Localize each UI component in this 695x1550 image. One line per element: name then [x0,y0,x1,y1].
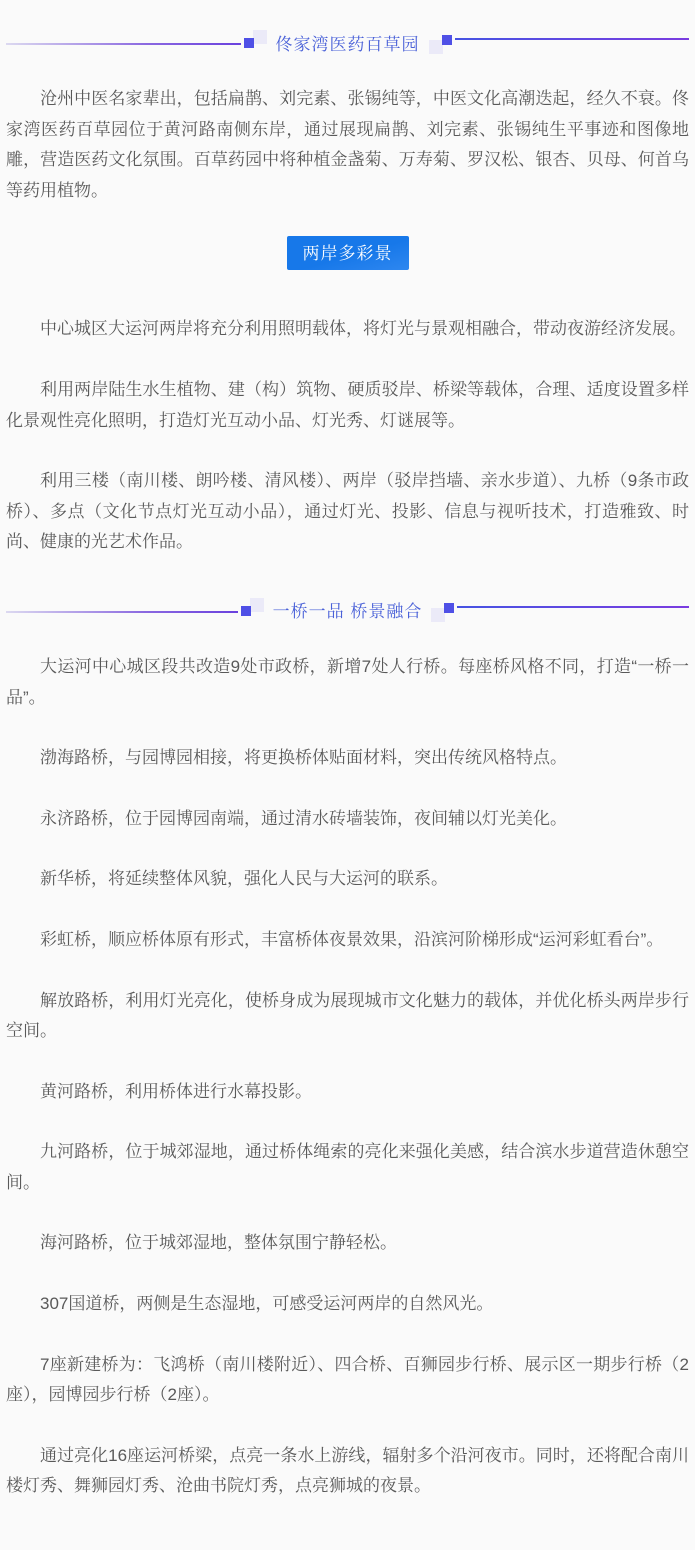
heading-squares-decoration-right [431,598,457,622]
paragraph-bridges-overview: 大运河中心城区段共改造9处市政桥，新增7处人行桥。每座桥风格不同，打造“一桥一品… [6,652,689,713]
paragraph-medicine-garden-intro: 沧州中医名家辈出，包括扁鹊、刘完素、张锡纯等，中医文化高潮迭起，经久不衰。佟家湾… [6,84,689,206]
heading-squares-decoration-left [238,598,264,622]
section-heading-bridges: 一桥一品 桥景融合 [6,598,689,622]
heading-line-left [6,611,238,613]
heading-squares-decoration-left [241,30,267,54]
square-light-icon [431,608,445,622]
square-solid-icon [444,603,454,613]
paragraph-three-towers: 利用三楼（南川楼、朗吟楼、清风楼）、两岸（驳岸挡墙、亲水步道）、九桥（9条市政桥… [6,466,689,558]
square-solid-icon [244,38,254,48]
square-light-icon [429,40,443,54]
section-heading-medicine-garden: 佟家湾医药百草园 [6,30,689,54]
square-solid-icon [442,35,452,45]
heading-line-right [455,38,690,40]
paragraph-new-bridges: 7座新建桥为：飞鸿桥（南川楼附近）、四合桥、百狮园步行桥、展示区一期步行桥（2座… [6,1350,689,1411]
section-colorful-banks: 两岸多彩景 中心城区大运河两岸将充分利用照明载体，将灯光与景观相融合，带动夜游经… [6,236,689,558]
section-bridges: 一桥一品 桥景融合 大运河中心城区段共改造9处市政桥，新增7处人行桥。每座桥风格… [6,598,689,1502]
square-light-icon [253,30,267,44]
paragraph-g307-bridge: 307国道桥，两侧是生态湿地，可感受运河两岸的自然风光。 [6,1289,689,1320]
square-light-icon [250,598,264,612]
paragraph-lighting-carriers: 利用两岸陆生水生植物、建（构）筑物、硬质驳岸、桥梁等载体，合理、适度设置多样化景… [6,375,689,436]
square-solid-icon [241,606,251,616]
paragraph-xinhua-bridge: 新华桥，将延续整体风貌，强化人民与大运河的联系。 [6,864,689,895]
paragraph-rainbow-bridge: 彩虹桥，顺应桥体原有形式，丰富桥体夜景效果，沿滨河阶梯形成“运河彩虹看台”。 [6,925,689,956]
paragraph-night-economy: 中心城区大运河两岸将充分利用照明载体，将灯光与景观相融合，带动夜游经济发展。 [6,314,689,345]
paragraph-jiuhe-road-bridge: 九河路桥，位于城郊湿地，通过桥体绳索的亮化来强化美感，结合滨水步道营造休憩空间。 [6,1137,689,1198]
paragraph-yongji-road-bridge: 永济路桥，位于园博园南端，通过清水砖墙装饰，夜间辅以灯光美化。 [6,804,689,835]
section-banner-colorful-banks[interactable]: 两岸多彩景 [287,236,409,270]
section-medicine-garden: 佟家湾医药百草园 沧州中医名家辈出，包括扁鹊、刘完素、张锡纯等，中医文化高潮迭起… [6,30,689,206]
section-title-medicine-garden: 佟家湾医药百草园 [276,30,420,55]
section-title-bridges: 一桥一品 桥景融合 [273,597,423,622]
paragraph-jiefang-road-bridge: 解放路桥，利用灯光亮化，使桥身成为展现城市文化魅力的载体，并优化桥头两岸步行空间… [6,986,689,1047]
paragraph-haihe-road-bridge: 海河路桥，位于城郊湿地，整体氛围宁静轻松。 [6,1228,689,1259]
heading-line-right [457,606,689,608]
article: { "headings": { "medicine_garden": "佟家湾医… [0,0,695,1550]
heading-line-left [6,43,241,45]
heading-squares-decoration-right [429,30,455,54]
paragraph-bohai-road-bridge: 渤海路桥，与园博园相接，将更换桥体贴面材料，突出传统风格特点。 [6,743,689,774]
paragraph-huanghe-road-bridge: 黄河路桥，利用桥体进行水幕投影。 [6,1077,689,1108]
